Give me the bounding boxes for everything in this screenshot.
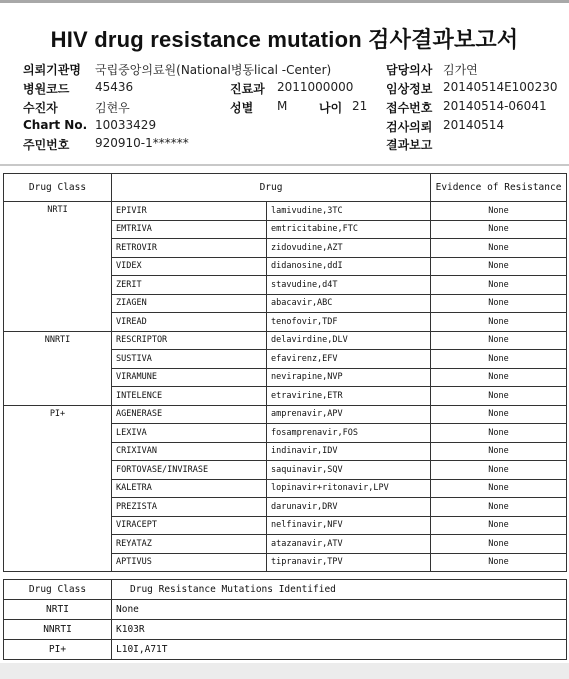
evidence-cell: None	[431, 387, 567, 406]
mutation-row: NRTI None	[4, 600, 567, 620]
label-clinical-info: 임상정보	[386, 80, 432, 97]
generic-cell: lopinavir+ritonavir,LPV	[267, 479, 431, 498]
table-row: NNRTI RESCRIPTOR delavirdine,DLV None	[4, 331, 567, 350]
table-row: PI+ AGENERASE amprenavir,APV None	[4, 405, 567, 424]
value-request-date: 20140514	[443, 118, 504, 132]
header-drug: Drug	[112, 174, 431, 202]
value-sex: M	[277, 99, 287, 113]
brand-cell: SUSTIVA	[112, 350, 267, 369]
brand-cell: VIRACEPT	[112, 516, 267, 535]
generic-cell: nevirapine,NVP	[267, 368, 431, 387]
evidence-cell: None	[431, 350, 567, 369]
drug-class-cell: NRTI	[4, 600, 112, 620]
label-sex: 성별	[230, 99, 253, 116]
evidence-cell: None	[431, 294, 567, 313]
generic-cell: abacavir,ABC	[267, 294, 431, 313]
brand-cell: FORTOVASE/INVIRASE	[112, 461, 267, 480]
generic-cell: fosamprenavir,FOS	[267, 424, 431, 443]
brand-cell: AGENERASE	[112, 405, 267, 424]
resistance-table: Drug Class Drug Evidence of Resistance N…	[3, 173, 567, 572]
evidence-cell: None	[431, 498, 567, 517]
brand-cell: RESCRIPTOR	[112, 331, 267, 350]
generic-cell: emtricitabine,FTC	[267, 220, 431, 239]
generic-cell: delavirdine,DLV	[267, 331, 431, 350]
label-chart-no: Chart No.	[23, 118, 87, 132]
label-resident-no: 주민번호	[23, 136, 69, 153]
evidence-cell: None	[431, 276, 567, 295]
label-patient-name: 수진자	[23, 99, 58, 116]
generic-cell: amprenavir,APV	[267, 405, 431, 424]
label-doctor: 담당의사	[386, 61, 432, 78]
value-chart-no: 10033429	[95, 118, 156, 132]
brand-cell: EPIVIR	[112, 202, 267, 221]
label-age: 나이	[319, 99, 342, 116]
value-receipt-no: 20140514-06041	[443, 99, 547, 113]
mutations-table: Drug Class Drug Resistance Mutations Ide…	[3, 579, 567, 660]
report-title: HIV drug resistance mutation 검사결과보고서	[0, 23, 569, 54]
evidence-cell: None	[431, 479, 567, 498]
generic-cell: zidovudine,AZT	[267, 239, 431, 258]
drug-class-cell: NRTI	[4, 202, 112, 332]
brand-cell: PREZISTA	[112, 498, 267, 517]
mutations-header-row: Drug Class Drug Resistance Mutations Ide…	[4, 580, 567, 600]
generic-cell: darunavir,DRV	[267, 498, 431, 517]
value-doctor: 김가연	[443, 61, 478, 78]
label-department: 진료과	[230, 80, 265, 97]
generic-cell: tipranavir,TPV	[267, 553, 431, 572]
value-department: 2011000000	[277, 80, 353, 94]
header-mutations: Drug Resistance Mutations Identified	[112, 580, 567, 600]
label-report-date: 결과보고	[386, 136, 432, 153]
drug-class-cell: NNRTI	[4, 620, 112, 640]
evidence-cell: None	[431, 257, 567, 276]
evidence-cell: None	[431, 405, 567, 424]
drug-class-cell: PI+	[4, 405, 112, 572]
evidence-cell: None	[431, 461, 567, 480]
report-body: Drug Class Drug Evidence of Resistance N…	[0, 166, 569, 663]
generic-cell: atazanavir,ATV	[267, 535, 431, 554]
brand-cell: VIREAD	[112, 313, 267, 332]
bottom-margin	[0, 663, 569, 679]
drug-class-cell: NNRTI	[4, 331, 112, 405]
header-drug-class: Drug Class	[4, 580, 112, 600]
generic-cell: didanosine,ddI	[267, 257, 431, 276]
brand-cell: ZIAGEN	[112, 294, 267, 313]
brand-cell: APTIVUS	[112, 553, 267, 572]
value-age: 21	[352, 99, 367, 113]
evidence-cell: None	[431, 202, 567, 221]
value-clinical-info: 20140514E100230	[443, 80, 557, 94]
label-receipt-no: 접수번호	[386, 99, 432, 116]
label-institution: 의뢰기관명	[23, 61, 81, 78]
brand-cell: EMTRIVA	[112, 220, 267, 239]
report-header: HIV drug resistance mutation 검사결과보고서 의뢰기…	[0, 3, 569, 164]
brand-cell: KALETRA	[112, 479, 267, 498]
evidence-cell: None	[431, 313, 567, 332]
generic-cell: etravirine,ETR	[267, 387, 431, 406]
brand-cell: REYATAZ	[112, 535, 267, 554]
brand-cell: INTELENCE	[112, 387, 267, 406]
brand-cell: CRIXIVAN	[112, 442, 267, 461]
evidence-cell: None	[431, 535, 567, 554]
generic-cell: tenofovir,TDF	[267, 313, 431, 332]
mutations-cell: None	[112, 600, 567, 620]
brand-cell: ZERIT	[112, 276, 267, 295]
label-request-date: 검사의뢰	[386, 118, 432, 135]
mutation-row: NNRTI K103R	[4, 620, 567, 640]
header-drug-class: Drug Class	[4, 174, 112, 202]
value-institution: 국립중앙의료원(National병동lical -Center)	[95, 61, 331, 78]
mutations-cell: K103R	[112, 620, 567, 640]
evidence-cell: None	[431, 442, 567, 461]
evidence-cell: None	[431, 239, 567, 258]
brand-cell: VIRAMUNE	[112, 368, 267, 387]
evidence-cell: None	[431, 516, 567, 535]
value-resident-no: 920910-1******	[95, 136, 189, 150]
generic-cell: nelfinavir,NFV	[267, 516, 431, 535]
generic-cell: saquinavir,SQV	[267, 461, 431, 480]
brand-cell: RETROVIR	[112, 239, 267, 258]
value-patient-name: 김현우	[95, 99, 130, 116]
mutation-row: PI+ L10I,A71T	[4, 640, 567, 660]
generic-cell: indinavir,IDV	[267, 442, 431, 461]
brand-cell: LEXIVA	[112, 424, 267, 443]
evidence-cell: None	[431, 368, 567, 387]
generic-cell: efavirenz,EFV	[267, 350, 431, 369]
evidence-cell: None	[431, 424, 567, 443]
evidence-cell: None	[431, 553, 567, 572]
header-evidence: Evidence of Resistance	[431, 174, 567, 202]
brand-cell: VIDEX	[112, 257, 267, 276]
evidence-cell: None	[431, 331, 567, 350]
generic-cell: stavudine,d4T	[267, 276, 431, 295]
table-row: NRTI EPIVIR lamivudine,3TC None	[4, 202, 567, 221]
table-header-row: Drug Class Drug Evidence of Resistance	[4, 174, 567, 202]
generic-cell: lamivudine,3TC	[267, 202, 431, 221]
label-hospital-code: 병원코드	[23, 80, 69, 97]
value-hospital-code: 45436	[95, 80, 133, 94]
evidence-cell: None	[431, 220, 567, 239]
mutations-cell: L10I,A71T	[112, 640, 567, 660]
drug-class-cell: PI+	[4, 640, 112, 660]
